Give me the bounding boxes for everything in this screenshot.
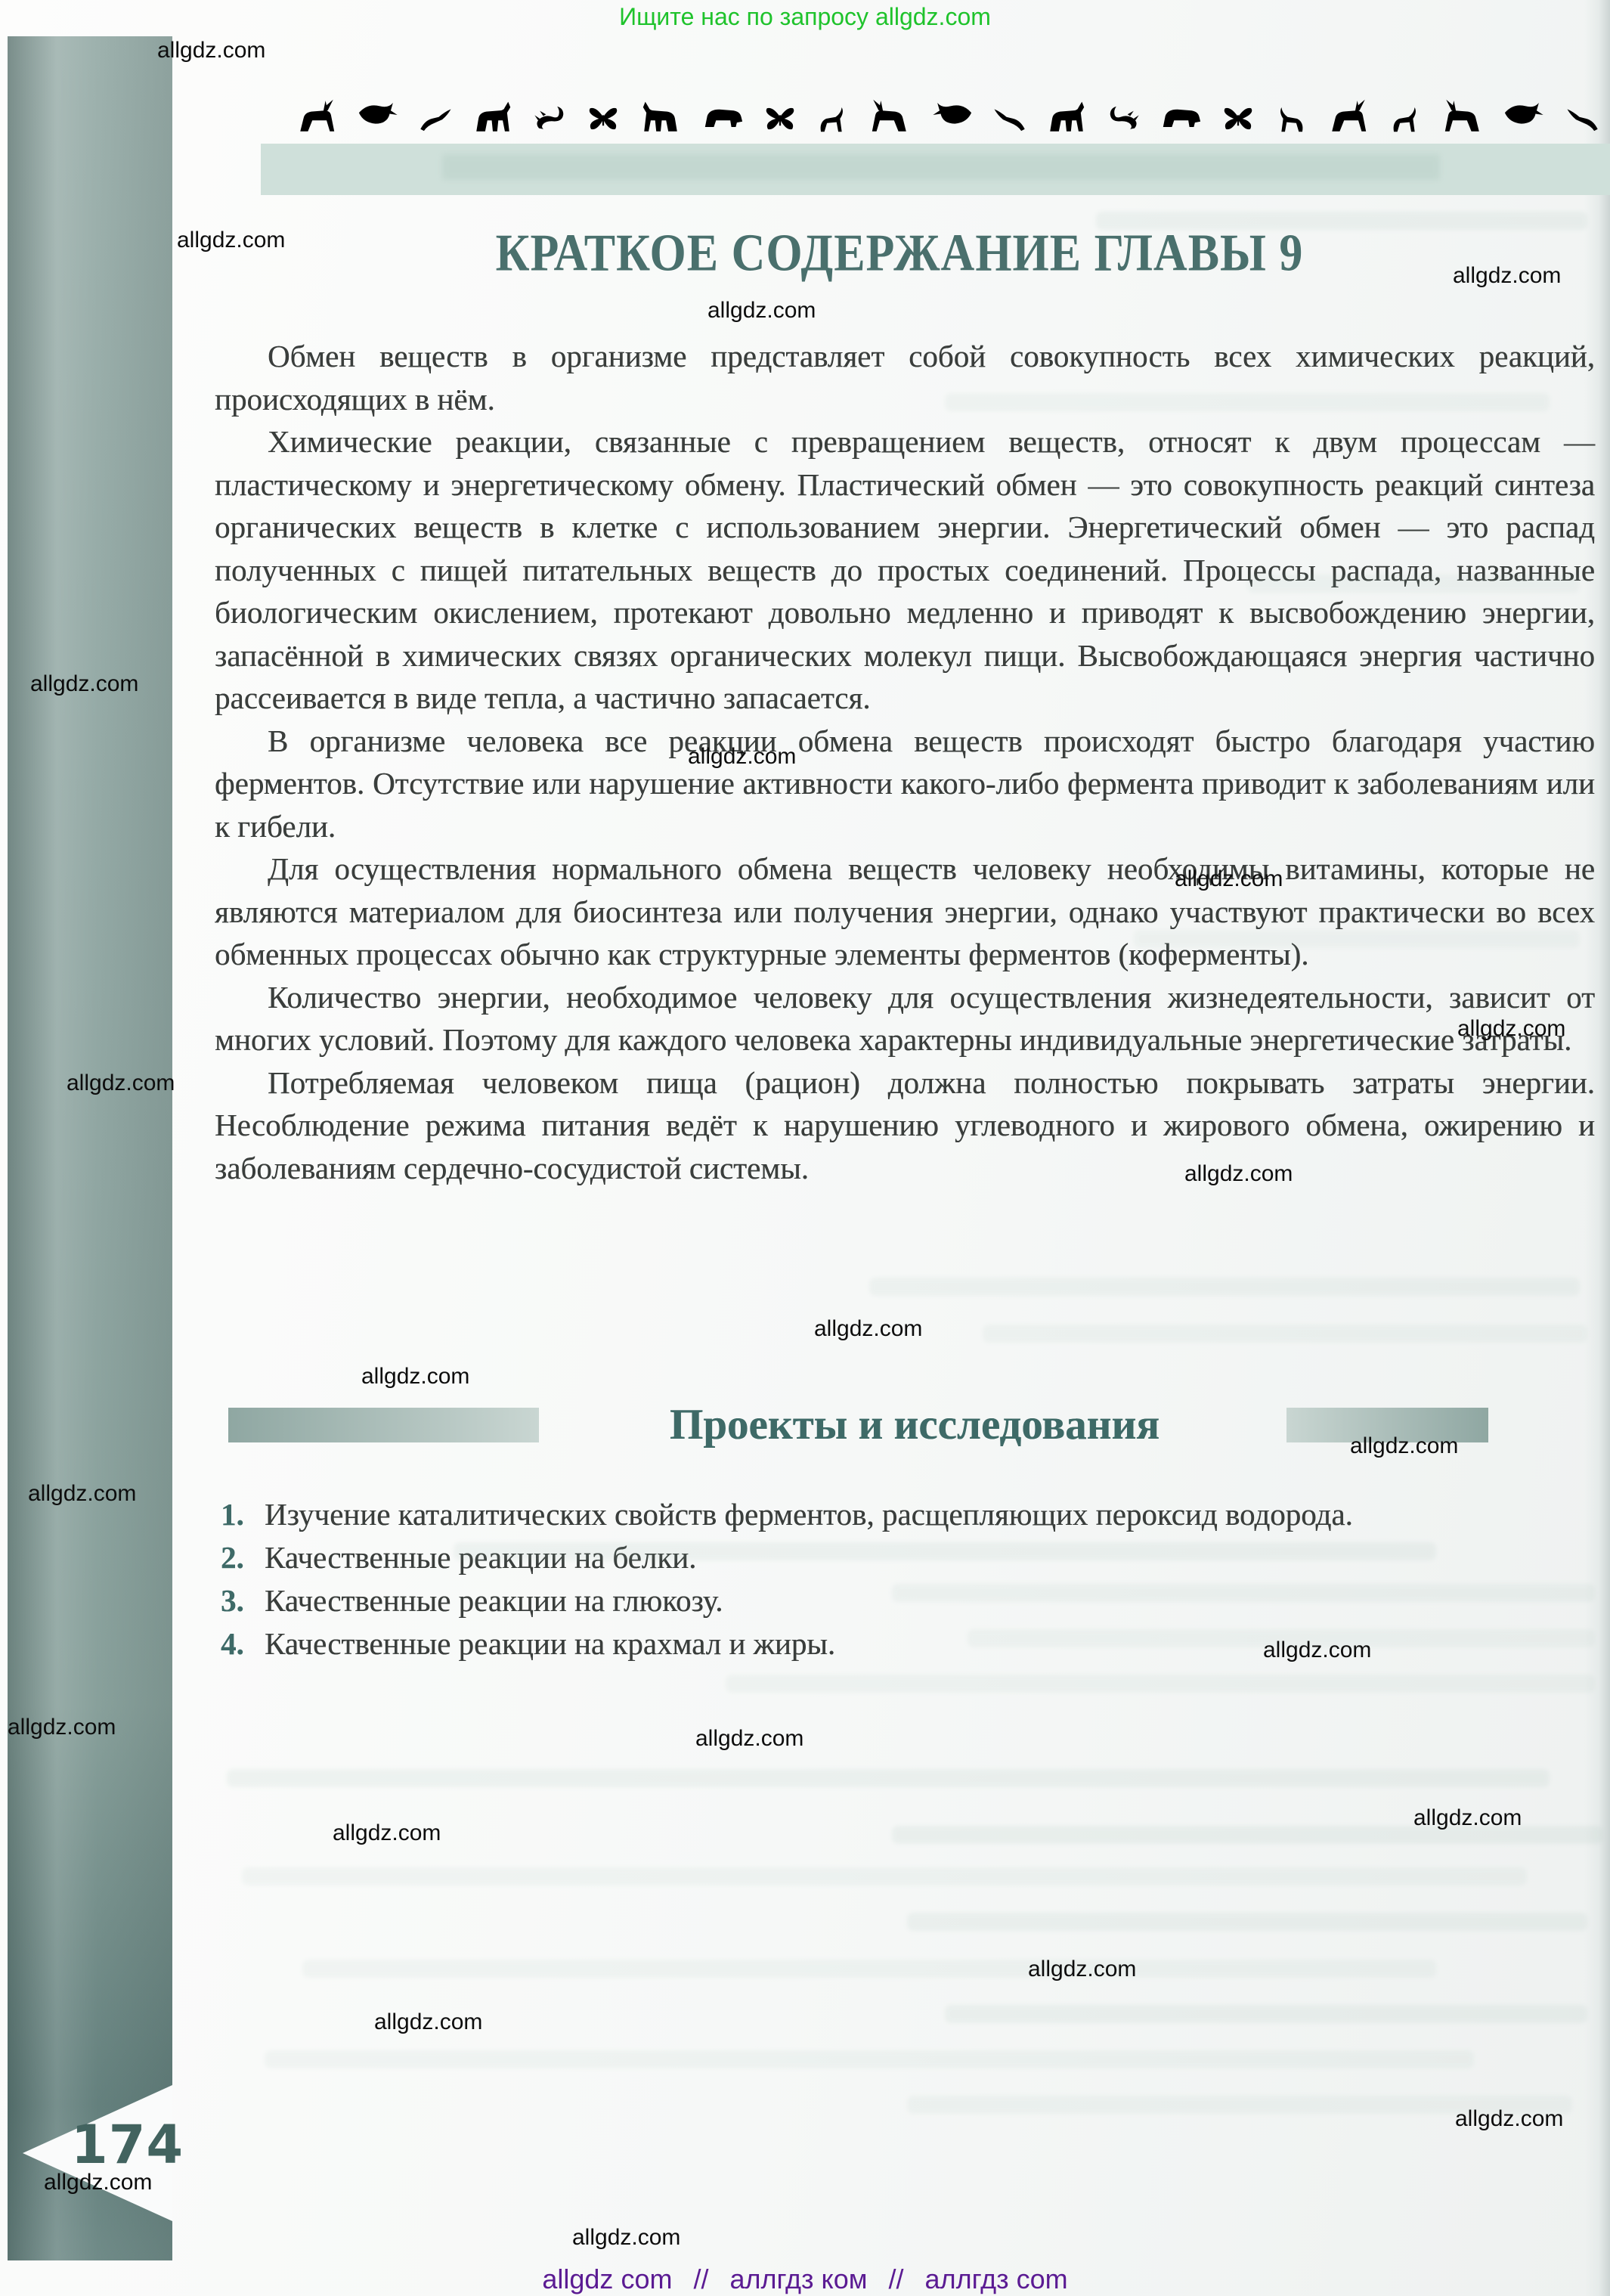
- watermark: allgdz.com: [157, 38, 265, 64]
- scorpion-icon: [533, 103, 568, 135]
- page-margin-band: [8, 36, 172, 2260]
- footer-link[interactable]: аллгдз com: [925, 2263, 1068, 2294]
- watermark: allgdz.com: [707, 298, 816, 324]
- watermark: allgdz.com: [374, 2009, 482, 2035]
- scanned-textbook-page: Ищите нас по запросу allgdz.com 174 КРАТ…: [0, 0, 1610, 2296]
- list-item-number: 3.: [221, 1579, 265, 1622]
- ghost-text-stripe: [726, 1675, 1595, 1693]
- watermark: allgdz.com: [1413, 1805, 1522, 1831]
- promo-banner-text: Ищите нас по запросу allgdz.com: [0, 3, 1610, 31]
- boar-icon: [701, 95, 745, 135]
- list-item-number: 4.: [221, 1622, 265, 1665]
- watermark: allgdz.com: [1350, 1433, 1458, 1459]
- horse-icon: [1045, 95, 1088, 135]
- ghost-text-stripe: [454, 1542, 1436, 1560]
- ghost-text-stripe: [983, 1325, 1587, 1343]
- paragraph: Количество энергии, необходимое человеку…: [215, 976, 1595, 1061]
- butterfly-icon: [586, 103, 621, 135]
- list-item-number: 1.: [221, 1493, 265, 1536]
- watermark: allgdz.com: [1184, 1161, 1293, 1187]
- ghost-text-stripe: [302, 1960, 1436, 1978]
- watermark: allgdz.com: [8, 1715, 116, 1740]
- scorpion-icon: [1106, 103, 1141, 135]
- horse-icon: [471, 95, 515, 135]
- whale-icon: [930, 95, 974, 135]
- list-item-number: 2.: [221, 1536, 265, 1579]
- paragraph: Для осуществления нормального обмена вещ…: [215, 847, 1595, 976]
- bird-icon: [1388, 103, 1423, 135]
- list-item-text: Изучение каталитических свойств ферменто…: [265, 1493, 1598, 1536]
- paragraph: Химические реакции, связанные с превраще…: [215, 420, 1595, 720]
- animal-border: [295, 88, 1599, 135]
- watermark: allgdz.com: [44, 2170, 152, 2195]
- cat-icon: [815, 103, 850, 135]
- butterfly-icon: [763, 103, 797, 135]
- watermark: allgdz.com: [572, 2225, 680, 2251]
- projects-header-text: Проекты и исследования: [544, 1400, 1285, 1449]
- showthrough-band-ghost: [442, 154, 1440, 180]
- ghost-text-stripe: [265, 2050, 1474, 2068]
- moose-icon: [868, 95, 912, 135]
- list-item: 1. Изучение каталитических свойств ферме…: [221, 1493, 1598, 1536]
- showthrough-band: [261, 144, 1610, 195]
- moose-icon: [1327, 95, 1370, 135]
- footer-link[interactable]: allgdz com: [542, 2263, 672, 2294]
- footer-separator: //: [889, 2263, 904, 2294]
- falcon-icon: [1565, 103, 1599, 135]
- watermark: allgdz.com: [688, 744, 796, 770]
- watermark: allgdz.com: [177, 228, 285, 253]
- cat-icon: [1274, 103, 1308, 135]
- ghost-text-stripe: [945, 2005, 1587, 2023]
- watermark: allgdz.com: [1453, 263, 1561, 289]
- chapter-summary-title: КРАТКОЕ СОДЕРЖАНИЕ ГЛАВЫ 9: [181, 224, 1610, 284]
- footer-links: allgdz com // аллгдз ком // аллгдз com: [0, 2263, 1610, 2295]
- paragraph: В организме человека все реакции обмена …: [215, 720, 1595, 848]
- footer-separator: //: [693, 2263, 708, 2294]
- watermark: allgdz.com: [695, 1726, 803, 1752]
- paragraph: Потребляемая человеком пища (рацион) дол…: [215, 1061, 1595, 1190]
- watermark: allgdz.com: [1455, 2106, 1563, 2132]
- watermark: allgdz.com: [333, 1820, 441, 1846]
- watermark: allgdz.com: [67, 1071, 175, 1096]
- watermark: allgdz.com: [814, 1316, 922, 1342]
- ghost-text-stripe: [907, 1913, 1587, 1931]
- header-rule-left: [228, 1408, 539, 1442]
- watermark: allgdz.com: [28, 1481, 136, 1507]
- watermark: allgdz.com: [1175, 866, 1283, 892]
- lizard-icon: [992, 103, 1026, 135]
- watermark: allgdz.com: [1028, 1957, 1136, 1982]
- ghost-text-stripe: [227, 1769, 1550, 1787]
- moose-icon: [1441, 95, 1485, 135]
- ghost-text-stripe: [1134, 930, 1580, 948]
- page-number: 174: [71, 2114, 184, 2176]
- ghost-text-stripe: [892, 1584, 1595, 1602]
- watermark: allgdz.com: [1457, 1016, 1565, 1042]
- lizard-icon: [419, 103, 454, 135]
- butterfly-icon: [1221, 103, 1255, 135]
- antelope-icon: [639, 95, 683, 135]
- footer-link[interactable]: аллгдз ком: [730, 2263, 868, 2294]
- whale-icon: [357, 95, 401, 135]
- watermark: allgdz.com: [1263, 1638, 1371, 1663]
- moose-icon: [295, 95, 339, 135]
- ghost-text-stripe: [1247, 575, 1580, 593]
- ghost-text-stripe: [1096, 212, 1587, 230]
- watermark: allgdz.com: [361, 1364, 469, 1390]
- ghost-text-stripe: [945, 393, 1550, 411]
- ghost-text-stripe: [869, 1278, 1580, 1296]
- whale-icon: [1503, 95, 1547, 135]
- watermark: allgdz.com: [30, 671, 138, 697]
- boar-icon: [1159, 95, 1203, 135]
- ghost-text-stripe: [242, 1867, 1527, 1885]
- summary-paragraphs: Обмен веществ в организме представляет с…: [215, 335, 1595, 1189]
